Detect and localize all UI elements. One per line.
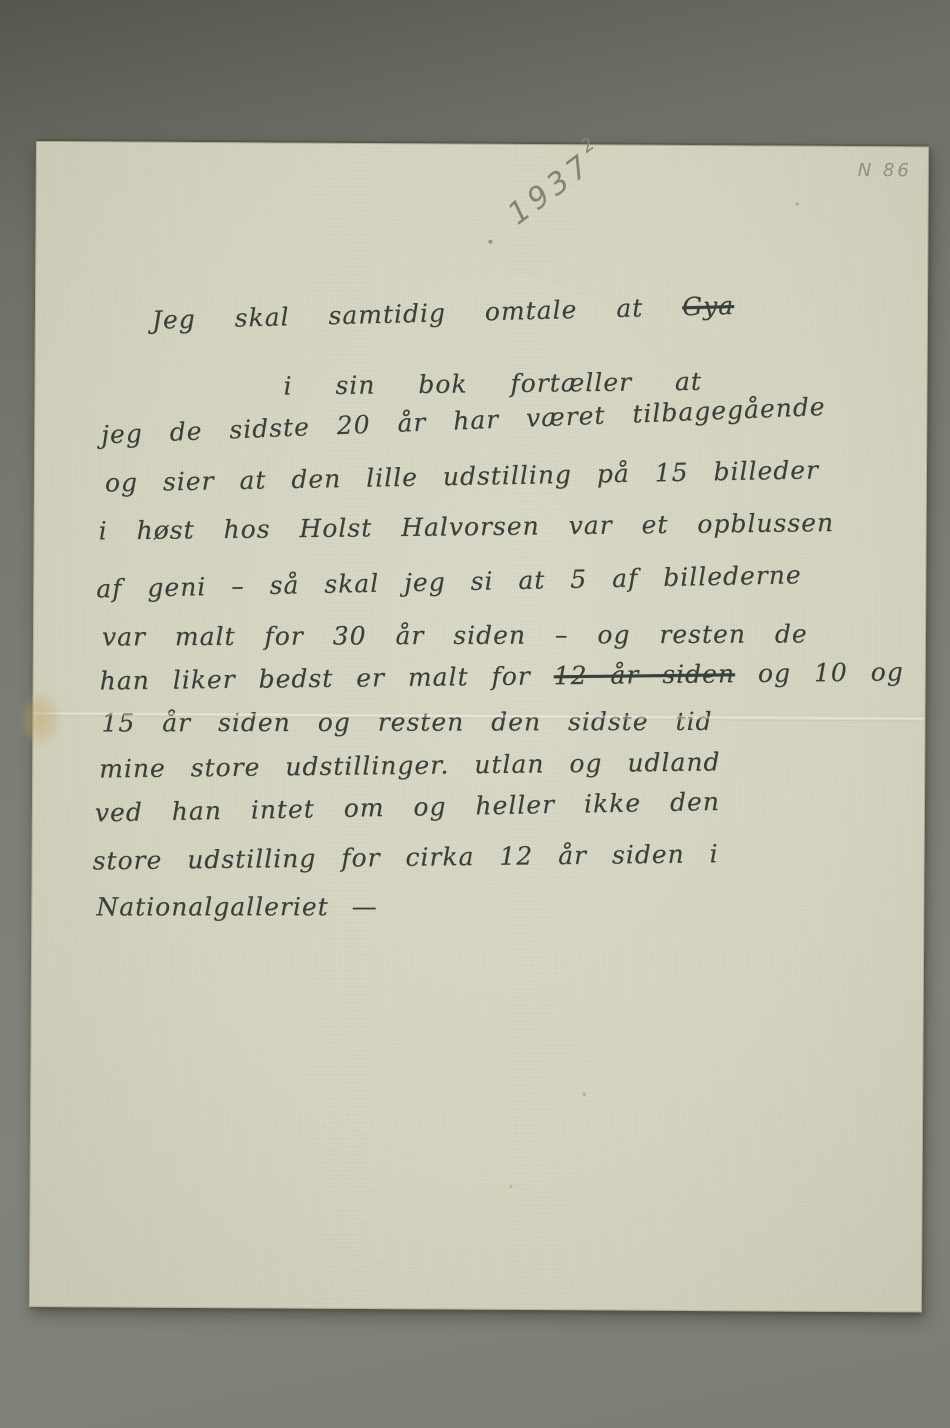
line-text: ved han intet om og heller ikke den	[95, 787, 721, 827]
handwriting-line: i sin bok fortæller at	[283, 367, 702, 401]
paper-speck	[582, 1092, 586, 1096]
handwriting-line: Jeg skal samtidig omtale at Gya	[152, 291, 735, 335]
line-text: mine store udstillinger. utlan og udland	[99, 747, 721, 783]
handwriting-line: og sier at den lille udstilling på 15 bi…	[105, 455, 820, 497]
letter-paper-sheet: N 86 19372 Jeg skal samtidig omtale at G…	[29, 141, 929, 1312]
year-annotation-pencil: 19372	[502, 140, 609, 232]
line-text-struck: 12 år siden	[554, 659, 736, 690]
handwriting-line: jeg de sidste 20 år har været tilbagegåe…	[101, 392, 826, 449]
paper-speck	[796, 203, 799, 206]
line-text: i sin bok fortæller at	[283, 367, 702, 401]
handwriting-line: mine store udstillinger. utlan og udland	[99, 747, 721, 783]
line-text: i høst hos Holst Halvorsen var et opblus…	[98, 508, 834, 545]
paper-stain	[19, 690, 61, 748]
handwriting-line: ved han intet om og heller ikke den	[95, 787, 721, 827]
line-text: af geni – så skal jeg si at 5 af billede…	[96, 560, 802, 603]
archival-mark-pencil: N 86	[858, 160, 912, 181]
handwriting-line: i høst hos Holst Halvorsen var et opblus…	[98, 508, 834, 545]
line-text: Nationalgalleriet —	[96, 892, 377, 921]
line-text: var malt for 30 år siden – og resten de	[102, 619, 808, 651]
line-text: jeg de sidste 20 år har været tilbagegåe…	[101, 392, 826, 449]
handwriting-line: Nationalgalleriet —	[96, 892, 377, 921]
line-text: og sier at den lille udstilling på 15 bi…	[105, 455, 820, 497]
line-text-struck: Gya	[682, 291, 735, 321]
line-text: store udstilling for cirka 12 år siden i	[92, 839, 718, 875]
line-text: han liker bedst er malt for	[100, 662, 531, 696]
handwriting-line: af geni – så skal jeg si at 5 af billede…	[96, 560, 802, 603]
line-text: og 10 og	[758, 657, 904, 688]
paper-speck	[510, 1185, 513, 1188]
pencil-dot	[488, 240, 492, 244]
handwriting-line: store udstilling for cirka 12 år siden i	[92, 839, 718, 875]
handwriting-line: han liker bedst er malt for 12 år siden …	[100, 657, 904, 695]
handwriting-line: var malt for 30 år siden – og resten de	[102, 619, 808, 651]
scan-background: N 86 19372 Jeg skal samtidig omtale at G…	[0, 0, 950, 1428]
line-text: Jeg skal samtidig omtale at	[152, 293, 644, 334]
year-annotation-text: 1937	[502, 146, 600, 232]
